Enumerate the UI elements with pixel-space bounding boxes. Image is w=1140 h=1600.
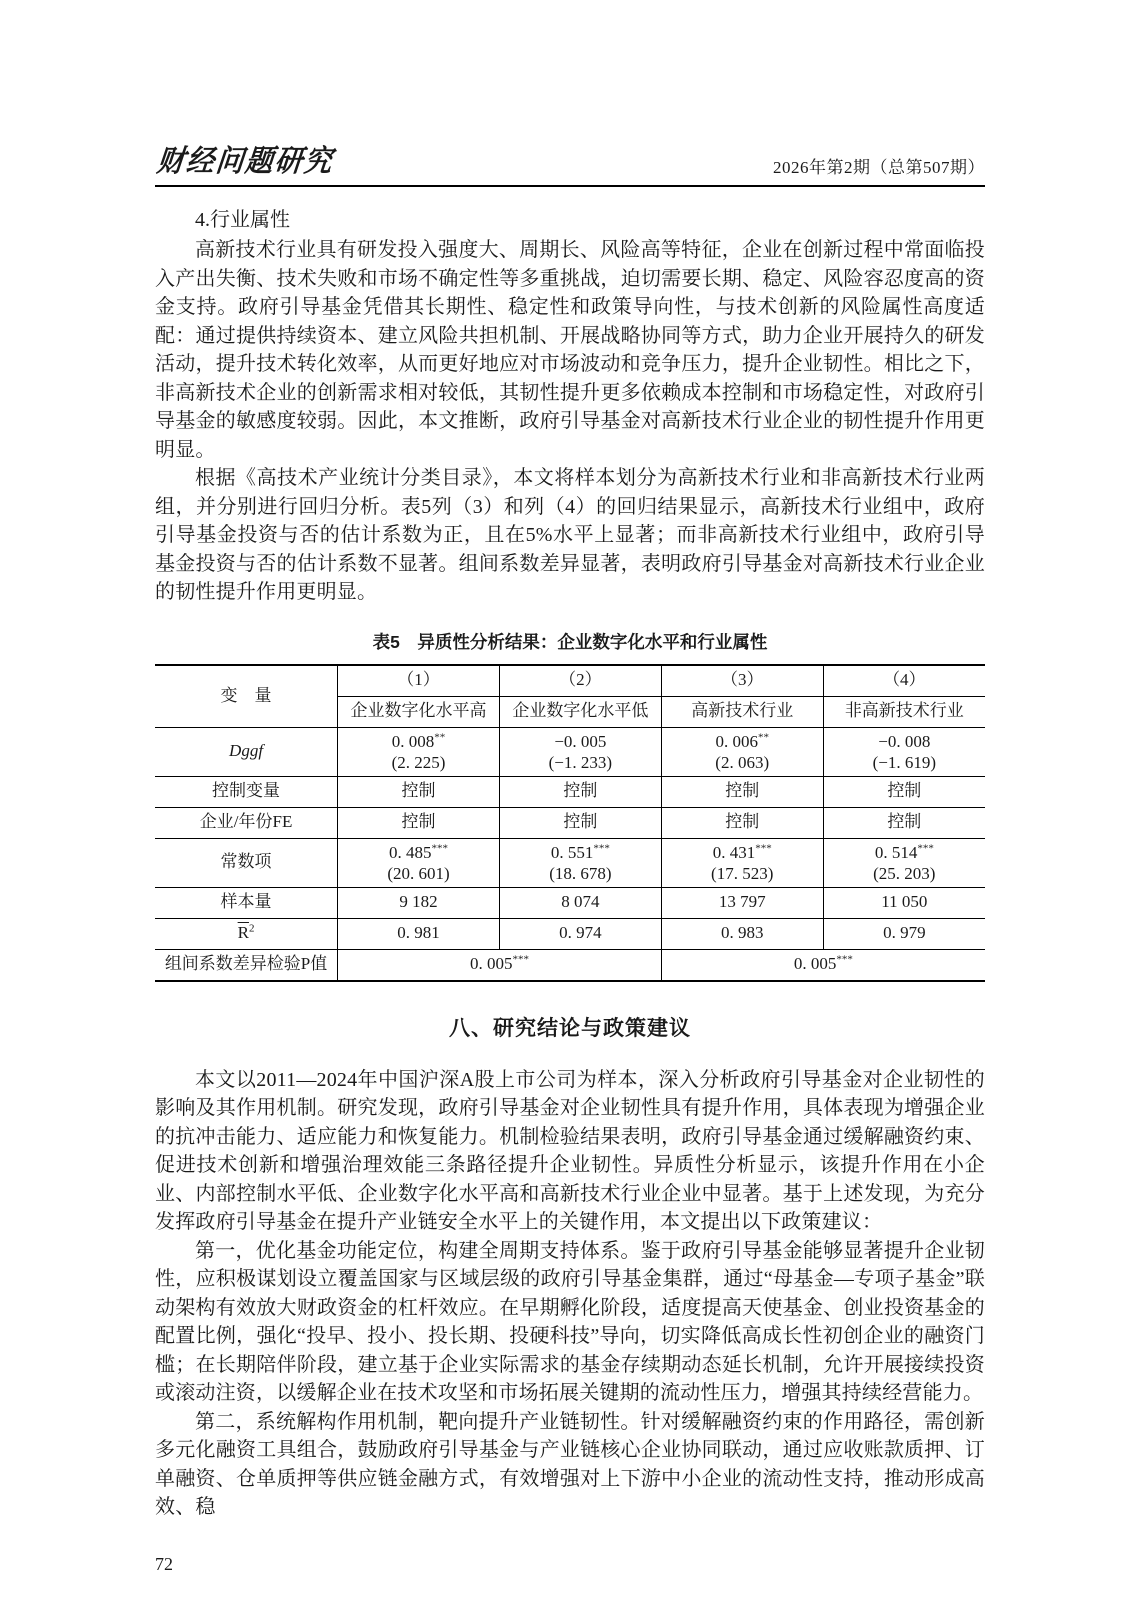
col-header-number-2: （2） bbox=[499, 665, 661, 697]
paragraph-3: 本文以2011—2024年中国沪深A股上市公司为样本，深入分析政府引导基金对企业… bbox=[155, 1066, 985, 1237]
t-stat: (2. 225) bbox=[342, 752, 495, 773]
table-5: 变 量 （1） （2） （3） （4） 企业数字化水平高 企业数字化水平低 高新… bbox=[155, 664, 985, 982]
subsection-heading-4: 4.行业属性 bbox=[155, 203, 985, 232]
t-stat: (18. 678) bbox=[504, 863, 657, 884]
significance-stars: ** bbox=[434, 731, 445, 743]
table-row-samplesize: 样本量 9 182 8 074 13 797 11 050 bbox=[155, 887, 985, 918]
table-header-row-1: 变 量 （1） （2） （3） （4） bbox=[155, 665, 985, 697]
paragraph-5: 第二，系统解构作用机制，靶向提升产业链韧性。针对缓解融资约束的作用路径，需创新多… bbox=[155, 1408, 985, 1522]
cell-n-2: 8 074 bbox=[499, 887, 661, 918]
paragraph-4: 第一，优化基金功能定位，构建全周期支持体系。鉴于政府引导基金能够显著提升企业韧性… bbox=[155, 1237, 985, 1408]
cell-pvalue-group-1: 0. 005*** bbox=[338, 949, 662, 981]
col-header-label-2: 企业数字化水平低 bbox=[499, 696, 661, 727]
cell-r2-3: 0. 983 bbox=[661, 918, 823, 949]
cell-r2-4: 0. 979 bbox=[823, 918, 985, 949]
journal-issue-info: 2026年第2期（总第507期） bbox=[773, 153, 985, 180]
col-header-label-4: 非高新技术行业 bbox=[823, 696, 985, 727]
cell-n-4: 11 050 bbox=[823, 887, 985, 918]
dggf-variable-label: Dggf bbox=[229, 741, 263, 760]
cell-dggf-3: 0. 006** (2. 063) bbox=[661, 727, 823, 776]
cell-fe-3: 控制 bbox=[661, 807, 823, 838]
significance-stars: ** bbox=[758, 731, 769, 743]
table-row-constant: 常数项 0. 485*** (20. 601) 0. 551*** (18. 6… bbox=[155, 838, 985, 887]
section-heading-8: 八、研究结论与政策建议 bbox=[155, 1012, 985, 1042]
significance-stars: *** bbox=[512, 954, 529, 966]
t-stat: (17. 523) bbox=[666, 863, 819, 884]
table-row-r2: R2 0. 981 0. 974 0. 983 0. 979 bbox=[155, 918, 985, 949]
t-stat: (−1. 233) bbox=[504, 752, 657, 773]
cell-constant-2: 0. 551*** (18. 678) bbox=[499, 838, 661, 887]
significance-stars: *** bbox=[432, 842, 449, 854]
table-row-pvalue: 组间系数差异检验P值 0. 005*** 0. 005*** bbox=[155, 949, 985, 981]
cell-fe-2: 控制 bbox=[499, 807, 661, 838]
cell-dggf-2: −0. 005 (−1. 233) bbox=[499, 727, 661, 776]
row-label-r2: R2 bbox=[155, 918, 338, 949]
cell-constant-3: 0. 431*** (17. 523) bbox=[661, 838, 823, 887]
cell-controls-2: 控制 bbox=[499, 776, 661, 807]
t-stat: (−1. 619) bbox=[828, 752, 981, 773]
t-stat: (25. 203) bbox=[828, 863, 981, 884]
row-label-fe: 企业/年份FE bbox=[155, 807, 338, 838]
journal-header: 财经问题研究 2026年第2期（总第507期） bbox=[155, 136, 985, 187]
col-header-number-1: （1） bbox=[338, 665, 500, 697]
significance-stars: *** bbox=[836, 954, 853, 966]
col-header-label-3: 高新技术行业 bbox=[661, 696, 823, 727]
t-stat: (20. 601) bbox=[342, 863, 495, 884]
table-row-fe: 企业/年份FE 控制 控制 控制 控制 bbox=[155, 807, 985, 838]
cell-r2-1: 0. 981 bbox=[338, 918, 500, 949]
cell-fe-4: 控制 bbox=[823, 807, 985, 838]
cell-constant-1: 0. 485*** (20. 601) bbox=[338, 838, 500, 887]
row-label-pvalue: 组间系数差异检验P值 bbox=[155, 949, 338, 981]
significance-stars: *** bbox=[593, 842, 610, 854]
journal-logo: 财经问题研究 bbox=[155, 136, 336, 180]
significance-stars: *** bbox=[755, 842, 772, 854]
paragraph-2: 根据《高技术产业统计分类目录》，本文将样本划分为高新技术行业和非高新技术行业两组… bbox=[155, 464, 985, 607]
cell-controls-3: 控制 bbox=[661, 776, 823, 807]
cell-controls-4: 控制 bbox=[823, 776, 985, 807]
col-header-number-3: （3） bbox=[661, 665, 823, 697]
cell-fe-1: 控制 bbox=[338, 807, 500, 838]
row-label-samplesize: 样本量 bbox=[155, 887, 338, 918]
row-label-constant: 常数项 bbox=[155, 838, 338, 887]
cell-constant-4: 0. 514*** (25. 203) bbox=[823, 838, 985, 887]
row-label-controls: 控制变量 bbox=[155, 776, 338, 807]
page-number: 72 bbox=[155, 1554, 985, 1575]
table-row-controls: 控制变量 控制 控制 控制 控制 bbox=[155, 776, 985, 807]
cell-dggf-4: −0. 008 (−1. 619) bbox=[823, 727, 985, 776]
table-5-title: 表5 异质性分析结果：企业数字化水平和行业属性 bbox=[155, 629, 985, 654]
t-stat: (2. 063) bbox=[666, 752, 819, 773]
cell-controls-1: 控制 bbox=[338, 776, 500, 807]
table-row-dggf: Dggf 0. 008** (2. 225) −0. 005 (−1. 233)… bbox=[155, 727, 985, 776]
journal-page: 财经问题研究 2026年第2期（总第507期） 4.行业属性 高新技术行业具有研… bbox=[0, 0, 1140, 1600]
paragraph-1: 高新技术行业具有研发投入强度大、周期长、风险高等特征，企业在创新过程中常面临投入… bbox=[155, 236, 985, 464]
col-header-number-4: （4） bbox=[823, 665, 985, 697]
cell-n-1: 9 182 bbox=[338, 887, 500, 918]
row-label-dggf: Dggf bbox=[155, 727, 338, 776]
significance-stars: *** bbox=[917, 842, 934, 854]
col-header-label-1: 企业数字化水平高 bbox=[338, 696, 500, 727]
cell-dggf-1: 0. 008** (2. 225) bbox=[338, 727, 500, 776]
page-content: 财经问题研究 2026年第2期（总第507期） 4.行业属性 高新技术行业具有研… bbox=[155, 136, 985, 1575]
cell-r2-2: 0. 974 bbox=[499, 918, 661, 949]
table-corner-label: 变 量 bbox=[155, 665, 338, 728]
cell-n-3: 13 797 bbox=[661, 887, 823, 918]
cell-pvalue-group-2: 0. 005*** bbox=[661, 949, 985, 981]
